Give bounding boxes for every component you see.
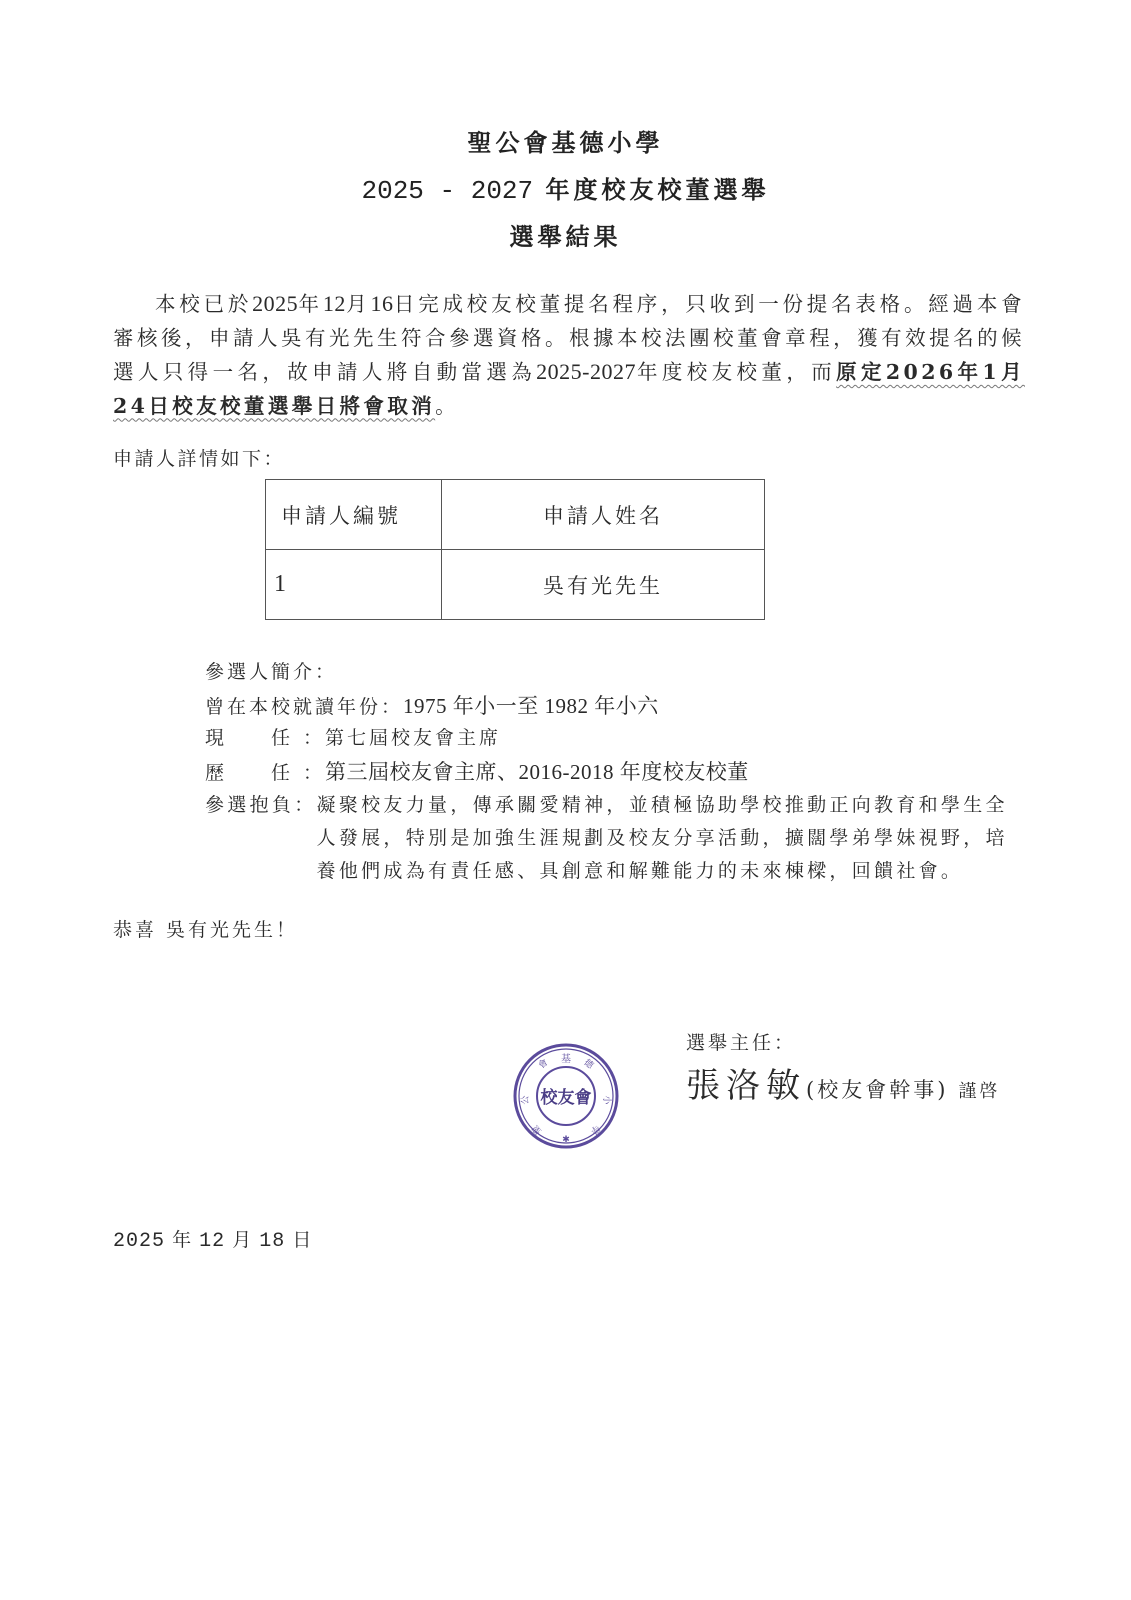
- signatory-closing: 謹啓: [958, 1081, 1000, 1102]
- document-date: 2025 年 12 月 18 日: [113, 1225, 312, 1253]
- alumni-association-seal-icon: 校友會 基 會 德 公 小 聖 學 ✱: [512, 1042, 620, 1150]
- announcement-paragraph: 本校已於2025年12月16日完成校友校董提名程序，只收到一份提名表格。經過本會…: [113, 287, 1025, 423]
- profile-separator: ：: [303, 762, 325, 784]
- header-applicant-number: 申請人編號: [266, 480, 442, 550]
- paragraph-text: 月: [346, 292, 371, 316]
- svg-text:公: 公: [520, 1095, 531, 1104]
- aspiration-label: 參選抱負: [205, 794, 294, 816]
- profile-item-current-role: 現 任：第七屆校友會主席: [205, 723, 501, 750]
- profile-separator: ：: [303, 727, 325, 749]
- table-row: 1 吳有光先生: [266, 550, 765, 620]
- paragraph-text: 年: [298, 292, 323, 316]
- header-applicant-name: 申請人姓名: [442, 480, 765, 550]
- seal-center-text: 校友會: [540, 1087, 592, 1108]
- signatory: 張洛敏(校友會幹事)謹啓: [686, 1058, 1000, 1107]
- paragraph-month: 12: [323, 291, 346, 316]
- congratulations-text: 恭喜 吳有光先生！: [113, 915, 298, 942]
- signatory-position: (校友會幹事): [806, 1078, 948, 1102]
- document-title: 選舉結果: [0, 217, 1131, 252]
- profile-item-past-roles: 歷 任：第三屆校友會主席、2016-2018 年度校友校董: [205, 756, 749, 786]
- table-header-row: 申請人編號 申請人姓名: [266, 480, 765, 550]
- profile-value: 1975 年小一至 1982 年小六: [403, 694, 659, 718]
- paragraph-text: 本校已於: [155, 292, 252, 316]
- profile-value: 第三屆校友會主席、2016-2018 年度校友校董: [325, 760, 749, 784]
- date-year: 2025: [113, 1230, 165, 1253]
- paragraph-year: 2025: [252, 291, 298, 316]
- applicant-name-cell: 吳有光先生: [442, 550, 765, 620]
- profile-label: 參選抱負：: [205, 789, 317, 888]
- applicant-number-cell: 1: [266, 550, 442, 620]
- signatory-name: 張洛敏: [686, 1066, 806, 1106]
- paragraph-day: 16: [371, 291, 394, 316]
- profile-label: 現 任: [205, 723, 303, 750]
- date-year-unit: 年: [172, 1229, 192, 1251]
- paragraph-end: 。: [435, 394, 459, 418]
- applicants-table: 申請人編號 申請人姓名 1 吳有光先生: [265, 479, 765, 620]
- profile-item-aspiration: 參選抱負： 凝聚校友力量，傳承關愛精神，並積極協助學校推動正向教育和學生全人發展…: [205, 789, 1025, 888]
- profile-label: 曾在本校就讀年份: [205, 696, 381, 718]
- profile-item-study-years: 曾在本校就讀年份：1975 年小一至 1982 年小六: [205, 690, 659, 720]
- date-day: 18: [259, 1230, 285, 1253]
- election-title-suffix: 年度校友校董選舉: [546, 175, 770, 204]
- profile-label: 歷 任: [205, 758, 303, 785]
- svg-text:小: 小: [601, 1095, 613, 1105]
- election-year-range: 2025 - 2027: [362, 176, 534, 206]
- signatory-role: 選舉主任：: [686, 1028, 796, 1055]
- paragraph-term: 2025-2027: [536, 359, 636, 384]
- svg-text:基: 基: [561, 1052, 571, 1065]
- applicant-details-label: 申請人詳情如下：: [113, 444, 285, 471]
- candidate-profile-heading: 參選人簡介：: [205, 657, 337, 684]
- svg-text:✱: ✱: [562, 1135, 570, 1145]
- profile-separator: ：: [294, 794, 316, 816]
- date-month: 12: [199, 1230, 225, 1253]
- profile-value: 凝聚校友力量，傳承關愛精神，並積極協助學校推動正向教育和學生全人發展，特別是加強…: [317, 789, 1025, 888]
- school-name: 聖公會基德小學: [0, 123, 1131, 158]
- paragraph-text: 年度校友校董，而: [636, 360, 836, 384]
- profile-separator: ：: [381, 696, 403, 718]
- date-month-unit: 月: [232, 1229, 252, 1251]
- profile-value: 第七屆校友會主席: [325, 727, 501, 749]
- date-day-unit: 日: [292, 1229, 312, 1251]
- election-title: 2025 - 2027 年度校友校董選舉: [0, 170, 1131, 206]
